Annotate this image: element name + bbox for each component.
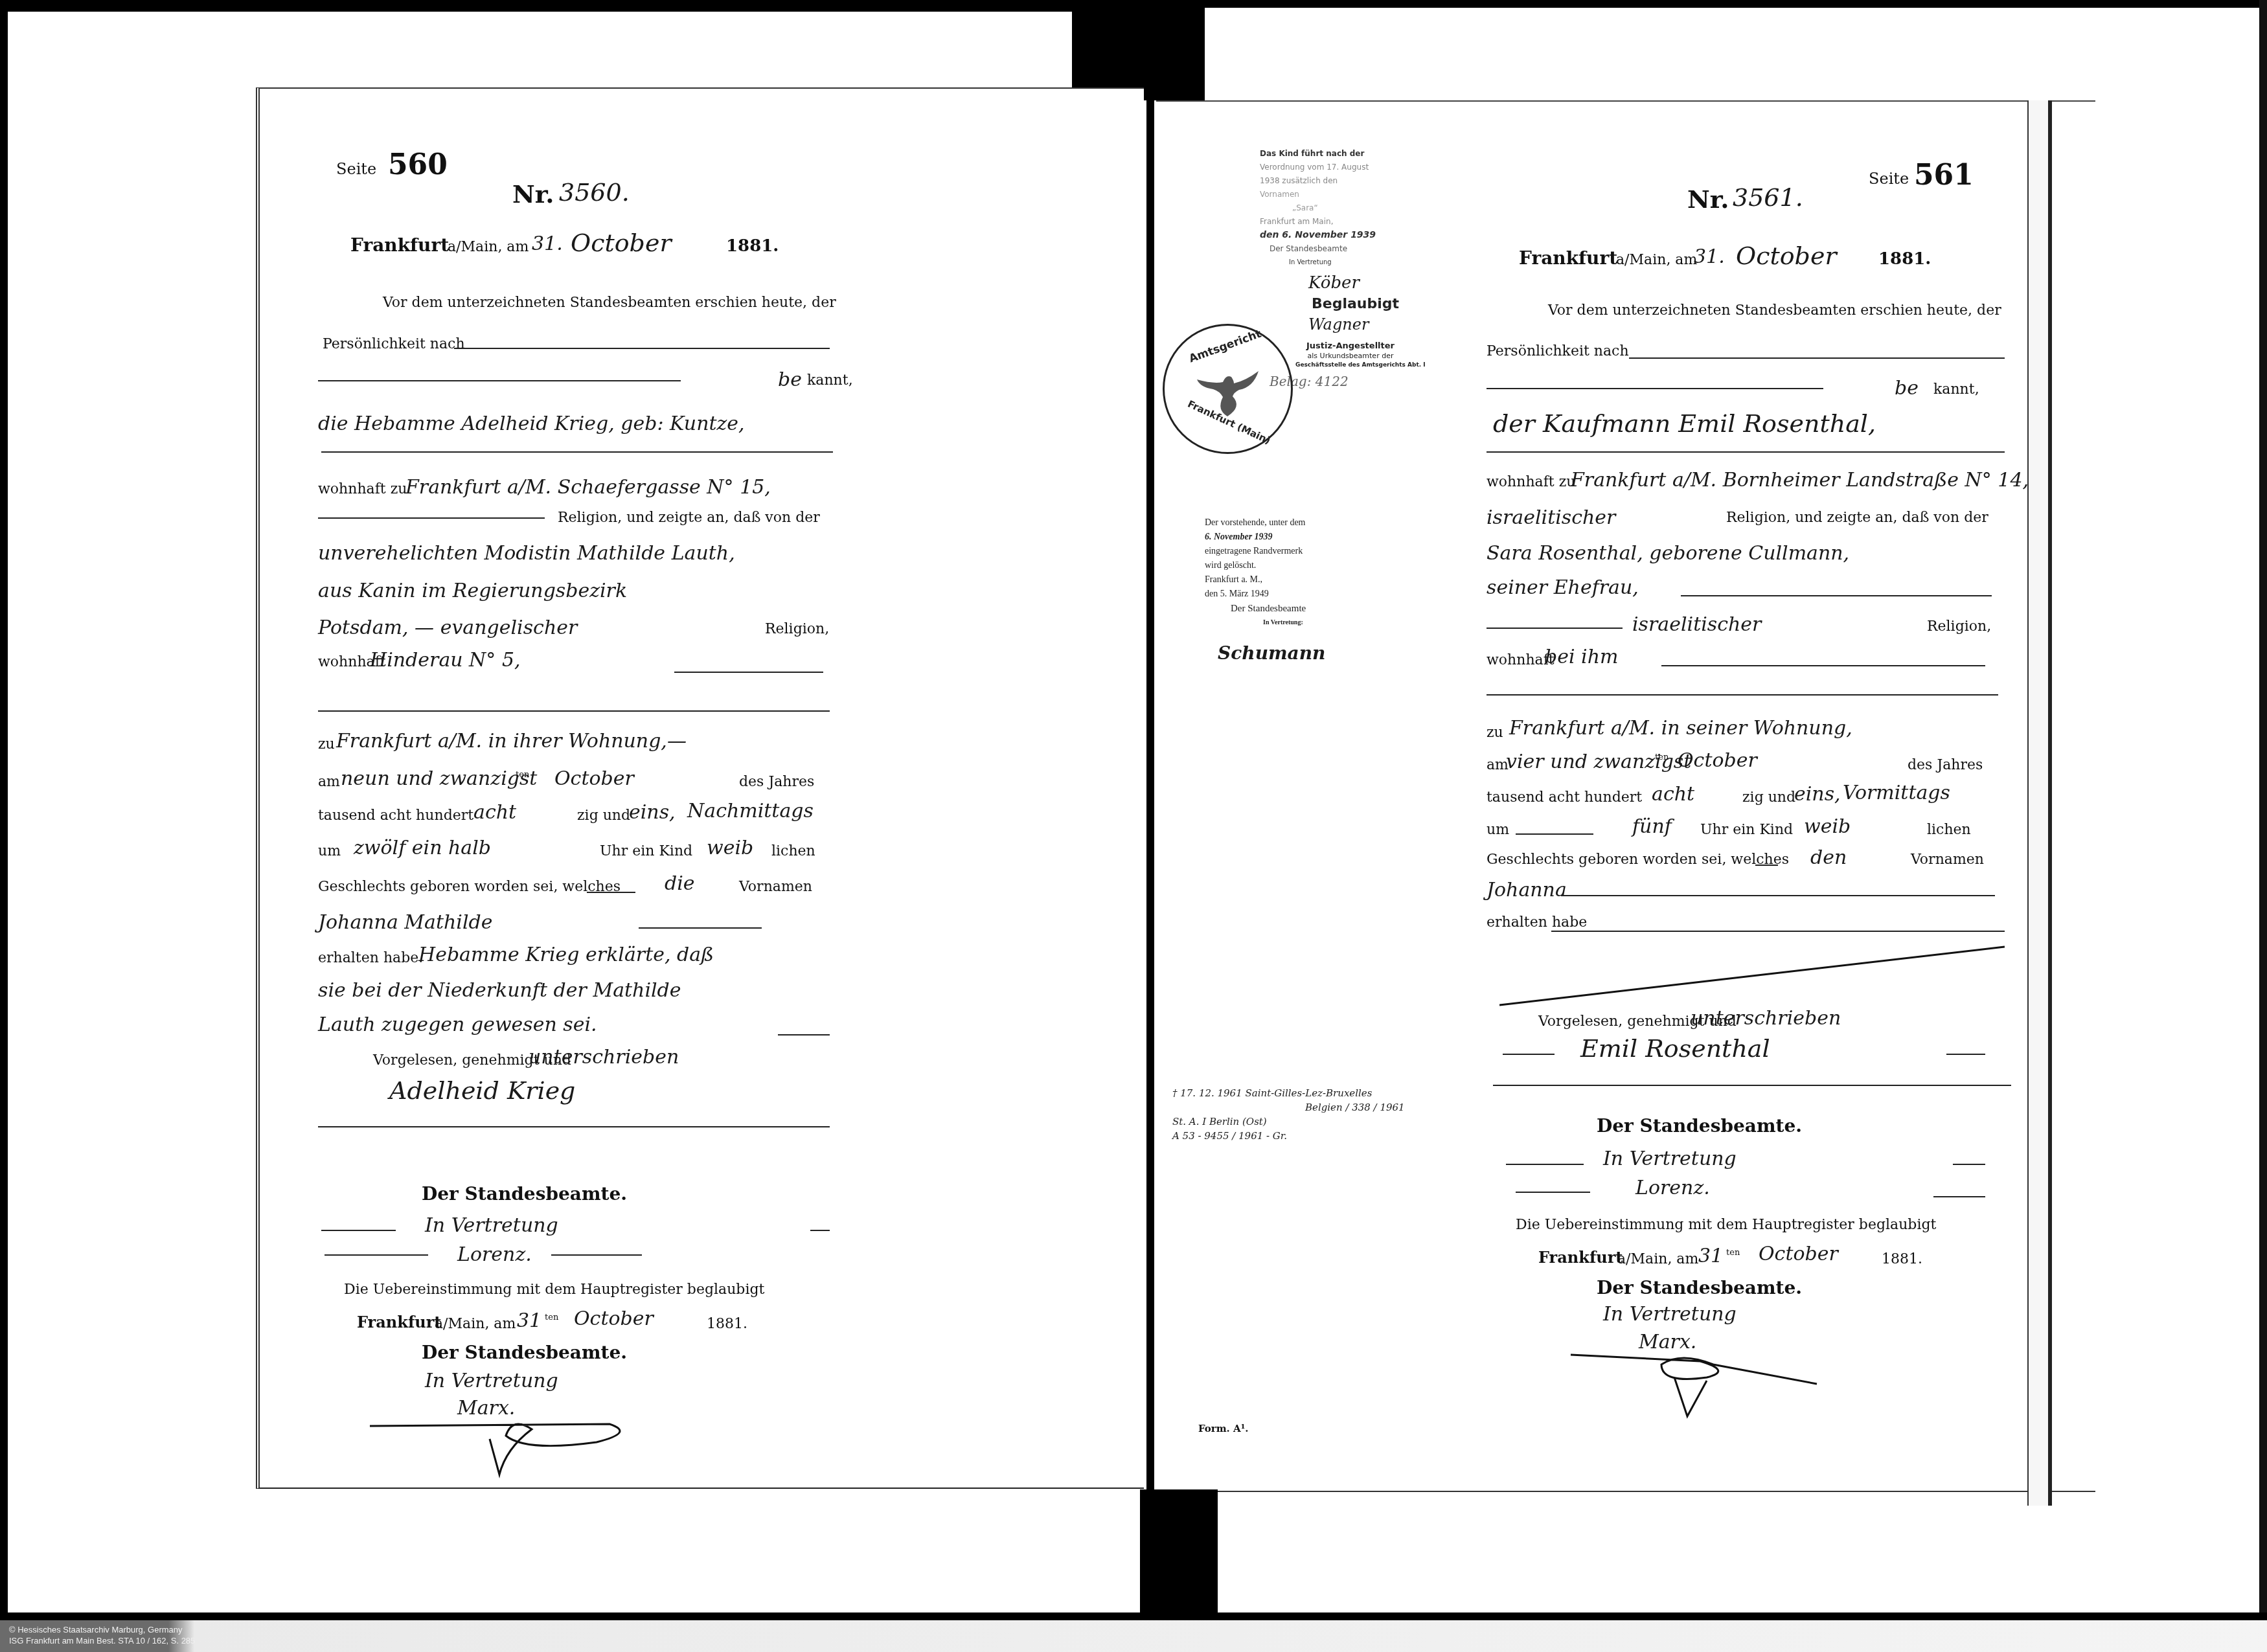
registrar-title-2: Der Standesbeamte. <box>1597 1277 1802 1298</box>
declarant: der Kaufmann Emil Rosenthal, <box>1493 409 1876 438</box>
place-suffix: a/Main, am <box>1616 252 1697 268</box>
scan-border <box>0 1612 2267 1620</box>
scan-border <box>2259 0 2267 1619</box>
copyright-line: © Hessisches Staatsarchiv Marburg, Germa… <box>9 1624 195 1635</box>
decade: acht <box>473 801 516 824</box>
remark-line-1: Hebamme Krieg erklärte, daß <box>418 944 714 966</box>
mother-religion: israelitischer <box>1632 613 1761 636</box>
religion-line: Religion, und zeigte an, daß von der <box>558 510 820 526</box>
certified-title: Beglaubigt <box>1312 296 1399 312</box>
birth-place-label: zu <box>318 736 335 752</box>
child-sex: weib <box>707 837 753 859</box>
unit-year: eins, <box>1794 783 1841 806</box>
certification-text: Die Uebereinstimmung mit dem Hauptregist… <box>344 1282 764 1298</box>
cert-place: Frankfurt <box>1538 1248 1623 1267</box>
form-label: Form. A¹. <box>1198 1423 1248 1434</box>
known-hand: be <box>778 368 802 391</box>
gender-line: Geschlechts geboren worden sei, welches <box>1487 852 1789 868</box>
mother-residence-label: wohnhaft <box>1487 652 1555 668</box>
page-edge <box>2027 100 2052 1506</box>
page-number: 561 <box>1914 159 1974 192</box>
scan-border <box>0 0 8 1619</box>
sex-suffix: lichen <box>771 843 815 859</box>
page-label: Seite <box>1869 170 1909 188</box>
in-vertretung-2: In Vertretung <box>425 1370 558 1392</box>
mother-line-3: Potsdam, — evangelischer <box>318 617 577 639</box>
cert-year: 1881. <box>707 1316 747 1332</box>
birth-month: October <box>554 767 634 790</box>
scan-border <box>0 0 1091 12</box>
registrar-title-2: Der Standesbeamte. <box>422 1342 627 1363</box>
place: Frankfurt <box>1519 247 1617 269</box>
cert-month: October <box>1759 1243 1838 1265</box>
article: den <box>1810 846 1847 869</box>
cert-place: Frankfurt <box>357 1313 441 1331</box>
religion-hand: israelitischer <box>1487 506 1615 529</box>
birth-day: neun und zwanzigst <box>341 767 537 790</box>
hour: fünf <box>1632 815 1672 838</box>
hour-label: um <box>318 843 341 859</box>
place: Frankfurt <box>350 234 449 256</box>
cert-day-suffix: ten <box>545 1313 558 1322</box>
birth-place-label: zu <box>1487 725 1503 741</box>
intro-text: Vor dem unterzeichneten Standesbeamten e… <box>1548 302 2001 319</box>
forename-label: Vornamen <box>739 879 812 895</box>
date-month: October <box>1736 242 1837 270</box>
left-page: Seite 560 Nr. 3560. Frankfurt a/Main, am… <box>256 87 1144 1489</box>
record-label: Nr. <box>1687 185 1729 214</box>
cert-year: 1881. <box>1882 1251 1922 1267</box>
signature-flourish-icon <box>363 1410 635 1488</box>
mother-line-2: aus Kanin im Regierungsbezirk <box>318 580 627 602</box>
article: die <box>665 872 695 895</box>
in-vertretung-2: In Vertretung <box>1603 1303 1737 1326</box>
mother-line-1: Sara Rosenthal, geborene Cullmann, <box>1487 542 1849 565</box>
mother-line-2: seiner Ehefrau, <box>1487 576 1639 599</box>
cert-day: 31 <box>517 1309 541 1332</box>
court-seal: Amtsgericht Frankfurt (Main) <box>1163 324 1293 454</box>
birth-day-label: am <box>1487 757 1509 773</box>
birth-day-suffix: ten <box>516 770 529 780</box>
place-suffix: a/Main, am <box>448 239 529 255</box>
known-label: kannt, <box>1933 381 1979 398</box>
source-line: ISG Frankfurt am Main Best. STA 10 / 162… <box>9 1635 195 1646</box>
book-gutter <box>1146 97 1154 1489</box>
archive-copyright: © Hessisches Staatsarchiv Marburg, Germa… <box>9 1624 195 1646</box>
certified-signature: Wagner <box>1308 315 1369 334</box>
zig-label: zig und <box>1742 789 1795 806</box>
child-name: Johanna <box>1487 879 1567 901</box>
birth-month: October <box>1678 749 1757 772</box>
birth-day-label: am <box>318 774 340 790</box>
hour: zwölf ein halb <box>354 837 491 859</box>
decade: acht <box>1652 783 1694 806</box>
page-label: Seite <box>336 160 376 178</box>
residence: Frankfurt a/M. Bornheimer Landstraße N° … <box>1571 469 2029 492</box>
right-page: Seite 561 Nr. 3561. Frankfurt a/Main, am… <box>1156 100 2095 1492</box>
cert-day-suffix: ten <box>1726 1248 1740 1258</box>
hour-label: um <box>1487 822 1509 838</box>
birth-place: Frankfurt a/M. in seiner Wohnung, <box>1509 717 1852 740</box>
residence-label: wohnhaft zu <box>1487 474 1575 490</box>
thousand-label: tausend acht hundert <box>1487 789 1642 806</box>
date-day: 31. <box>1694 245 1725 268</box>
year-label: des Jahres <box>1908 757 1983 773</box>
signature-declarant: Adelheid Krieg <box>389 1076 575 1105</box>
time-of-day: Nachmittags <box>687 800 814 822</box>
mother-line-1: unverehelichten Modistin Mathilde Lauth, <box>318 542 735 565</box>
certified-role: Justiz-Angestellter als Urkundsbeamter d… <box>1295 341 1406 370</box>
forename-label: Vornamen <box>1911 852 1984 868</box>
page-number: 560 <box>388 148 448 181</box>
known-label: kannt, <box>807 372 853 389</box>
remark-line-3: Lauth zugegen gewesen sei. <box>318 1013 597 1036</box>
in-vertretung: In Vertretung <box>425 1214 558 1237</box>
scan-border <box>1205 0 2267 8</box>
date-year: 1881. <box>1878 249 1931 269</box>
archive-footer <box>0 1620 2267 1652</box>
cert-place-suffix: a/Main, am <box>1617 1251 1698 1267</box>
seal-top-text: Amtsgericht <box>1187 328 1263 366</box>
birth-place: Frankfurt a/M. in ihrer Wohnung,— <box>336 730 687 752</box>
record-number: 3560. <box>559 178 630 207</box>
religion-label: Religion, <box>765 621 829 637</box>
record-label: Nr. <box>512 179 554 209</box>
certification-text: Die Uebereinstimmung mit dem Hauptregist… <box>1516 1217 1936 1233</box>
cert-month: October <box>574 1307 654 1330</box>
mother-residence: Hinderau N° 5, <box>370 649 521 672</box>
intro-text: Vor dem unterzeichneten Standesbeamten e… <box>383 295 836 311</box>
sex-suffix: lichen <box>1927 822 1971 838</box>
zig-label: zig und <box>577 808 630 824</box>
received-label: erhalten habe. <box>318 950 423 966</box>
remark-line-2: sie bei der Niederkunft der Mathilde <box>318 979 681 1002</box>
read-hand: unterschrieben <box>1691 1007 1841 1030</box>
record-number: 3561. <box>1733 183 1803 212</box>
registrar-signature: Lorenz. <box>457 1243 532 1266</box>
birth-day-suffix: ten <box>1655 752 1669 762</box>
deletion-signature: Schumann <box>1218 642 1325 664</box>
signature-declarant: Emil Rosenthal <box>1580 1034 1770 1063</box>
cert-day: 31 <box>1698 1245 1723 1267</box>
thousand-label: tausend acht hundert <box>318 808 473 824</box>
scan-border <box>1072 0 1205 100</box>
identity-label: Persönlichkeit nach <box>323 336 465 352</box>
name-annotation-stamp: Das Kind führt nach der Verordnung vom 1… <box>1260 147 1376 269</box>
child-sex: weib <box>1804 815 1851 838</box>
deletion-note: Der vorstehende, unter dem 6. November 1… <box>1205 516 1306 630</box>
registrar-title: Der Standesbeamte. <box>1597 1115 1802 1137</box>
date-day: 31. <box>532 232 563 255</box>
signature-flourish-icon <box>1564 1345 1823 1423</box>
registrar-title: Der Standesbeamte. <box>422 1183 627 1205</box>
death-note: † 17. 12. 1961 Saint-Gilles-Lez-Bruxelle… <box>1172 1086 1405 1143</box>
mother-residence: bei ihm <box>1545 646 1618 668</box>
scan-frame: Seite 560 Nr. 3560. Frankfurt a/Main, am… <box>0 0 2267 1619</box>
received-label: erhalten habe <box>1487 914 1587 931</box>
cancel-stroke-icon <box>1499 944 2005 1008</box>
child-label: Uhr ein Kind <box>600 843 692 859</box>
residence: Frankfurt a/M. Schaefergasse N° 15, <box>405 476 771 499</box>
cert-place-suffix: a/Main, am <box>435 1316 516 1332</box>
book-gutter <box>1140 1489 1218 1616</box>
religion-line: Religion, und zeigte an, daß von der <box>1726 510 1988 526</box>
time-of-day: Vormittags <box>1843 782 1950 804</box>
religion-label: Religion, <box>1927 618 1991 635</box>
residence-label: wohnhaft zu <box>318 481 407 497</box>
child-label: Uhr ein Kind <box>1700 822 1793 838</box>
gender-line: Geschlechts geboren worden sei, welches <box>318 879 621 895</box>
annotation-signature: Köber <box>1308 273 1360 293</box>
unit-year: eins, <box>629 801 676 824</box>
child-name: Johanna Mathilde <box>318 911 493 934</box>
year-label: des Jahres <box>739 774 814 790</box>
date-month: October <box>571 229 672 257</box>
in-vertretung: In Vertretung <box>1603 1148 1737 1170</box>
known-hand: be <box>1895 377 1919 400</box>
date-year: 1881. <box>726 236 779 256</box>
registrar-signature: Lorenz. <box>1635 1177 1710 1199</box>
identity-label: Persönlichkeit nach <box>1487 343 1629 359</box>
declarant: die Hebamme Adelheid Krieg, geb: Kuntze, <box>318 413 745 435</box>
read-hand: unterschrieben <box>529 1046 679 1069</box>
